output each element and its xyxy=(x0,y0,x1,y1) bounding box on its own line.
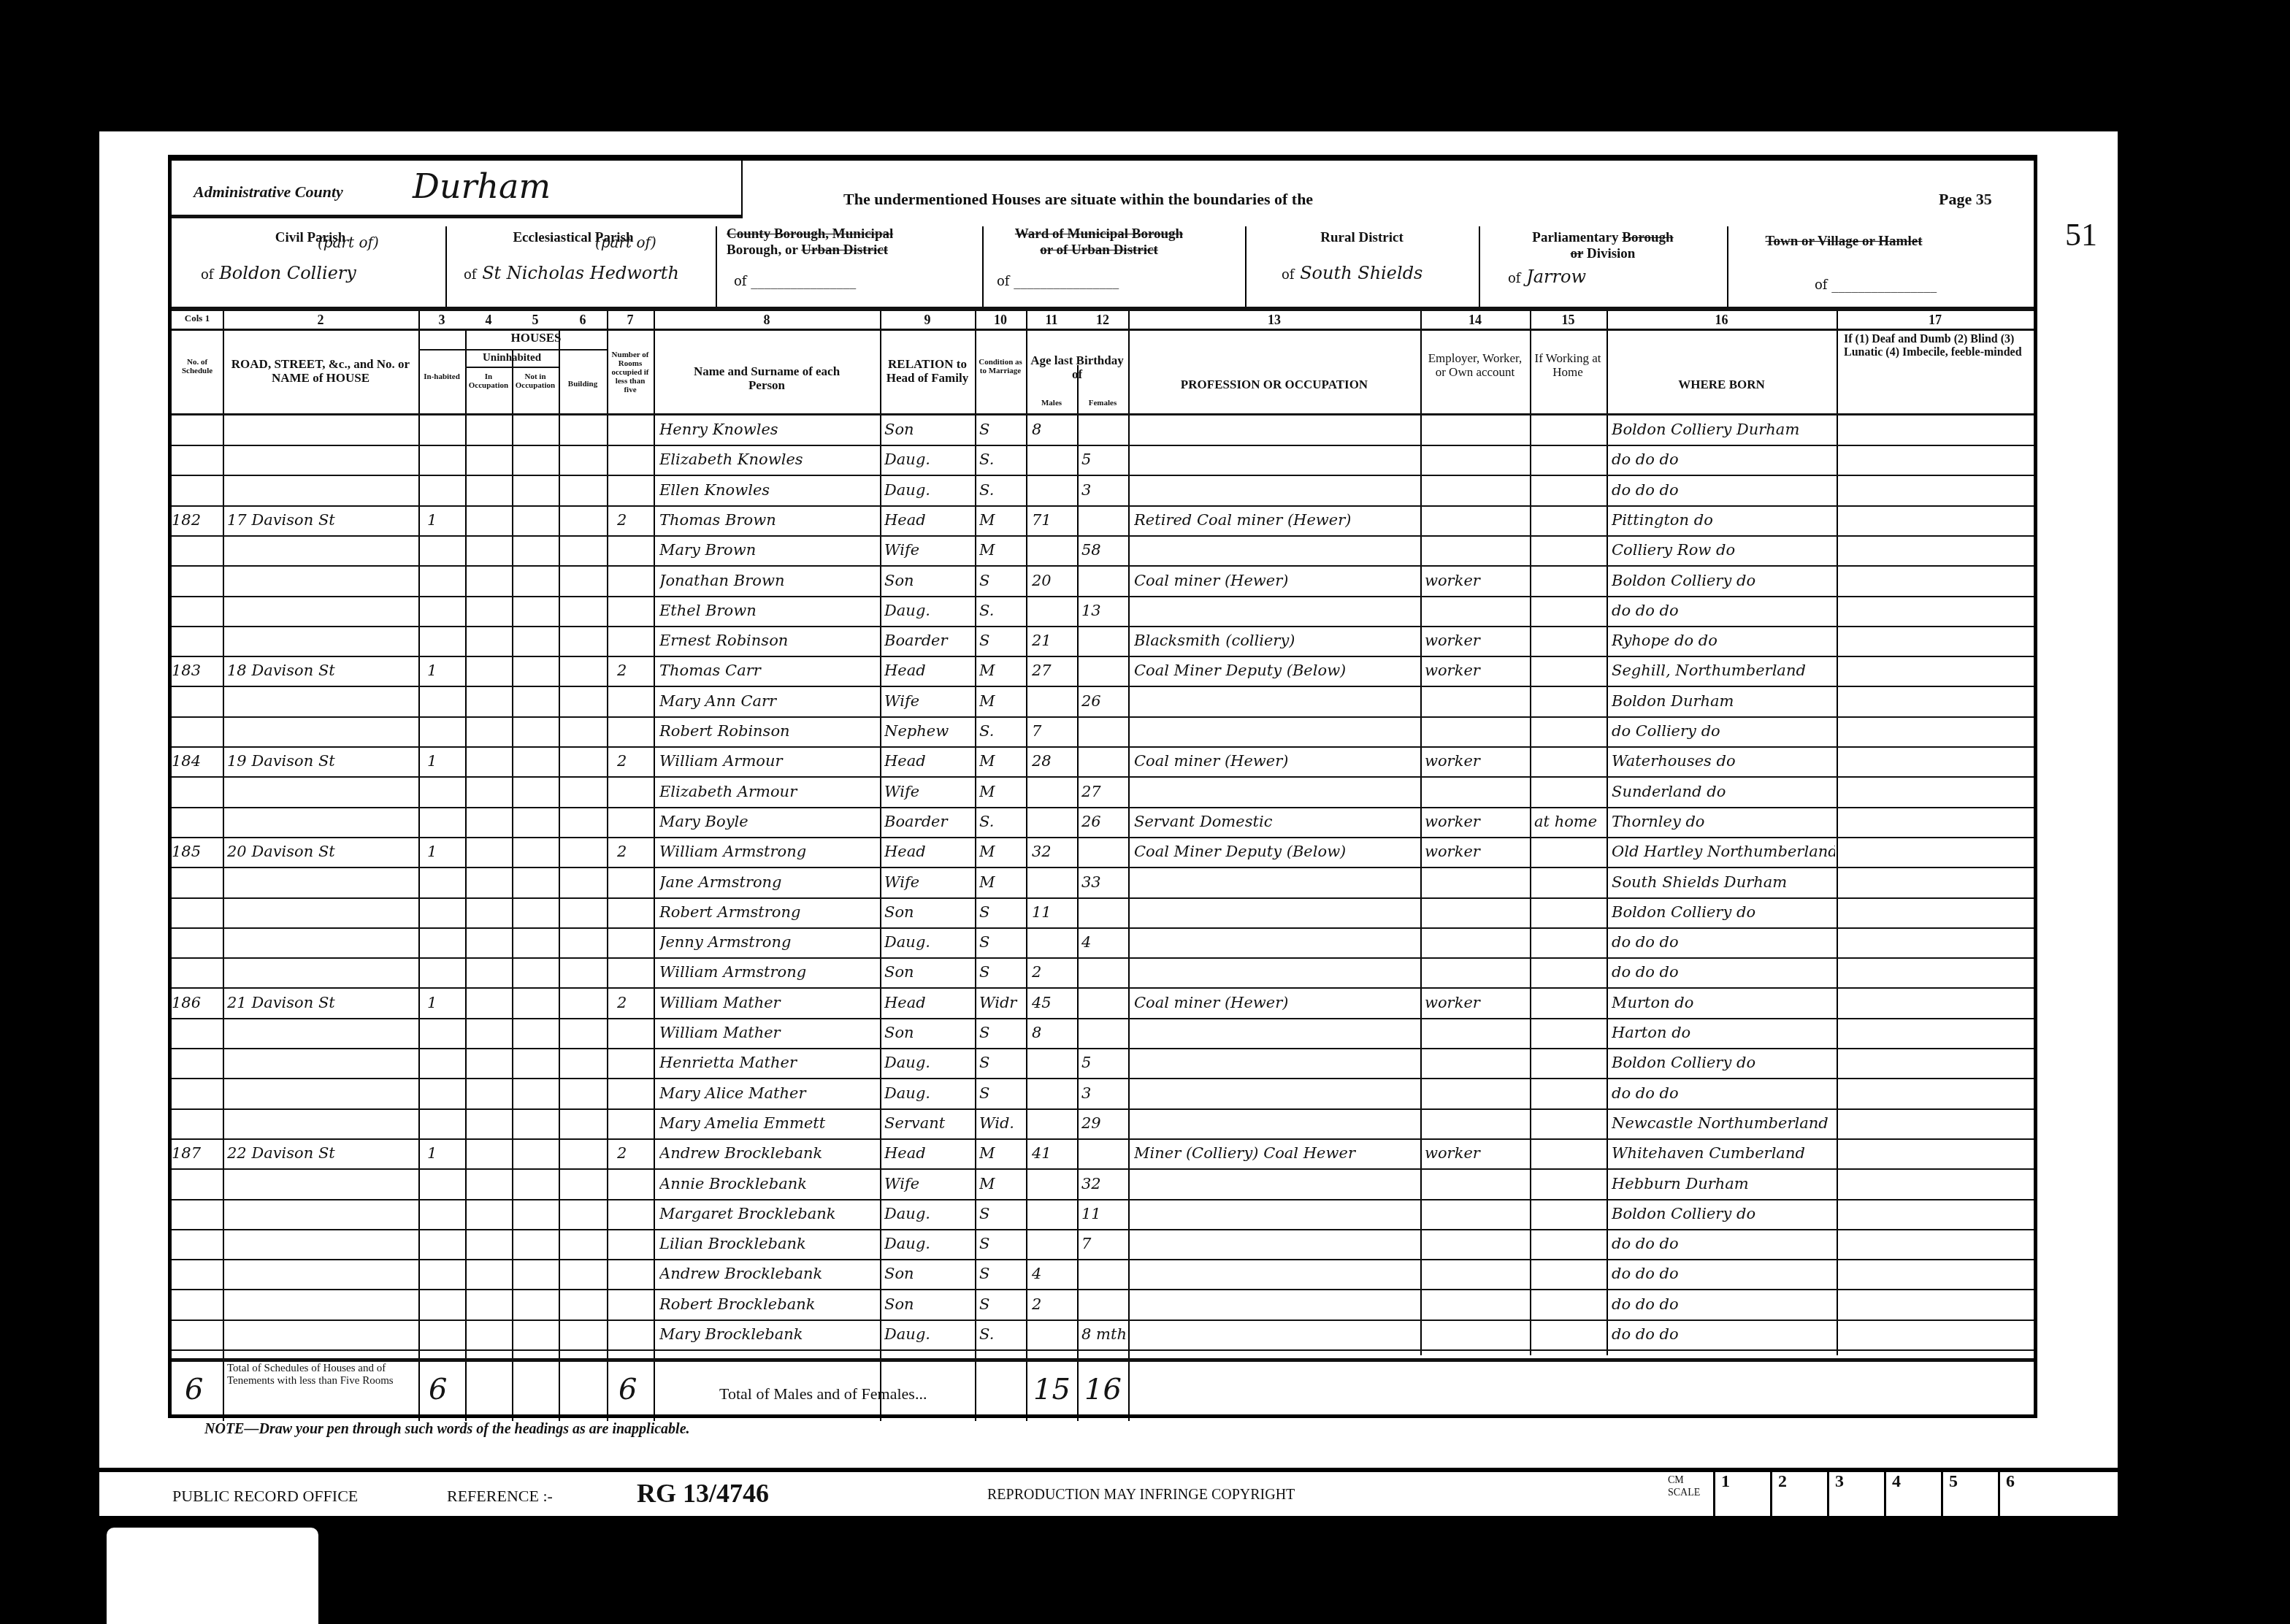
rural-district-value: of South Shields xyxy=(1282,263,1422,283)
where-born-cell: do do do xyxy=(1612,1235,1835,1252)
where-born-cell: do do do xyxy=(1612,933,1835,951)
person-name-cell: Lilian Brocklebank xyxy=(659,1235,878,1252)
census-form: Administrative County Durham The underme… xyxy=(168,155,2037,1418)
table-row: Andrew BrocklebankSonS4do do do xyxy=(172,1260,2034,1290)
female-age-cell: 4 xyxy=(1081,933,1127,951)
col-condition-header: Condition as to Marriage xyxy=(976,358,1025,375)
county-borough-label: County Borough, MunicipalBorough, or Urb… xyxy=(727,226,946,258)
person-name-cell: Thomas Brown xyxy=(659,511,878,529)
person-name-cell: Mary Amelia Emmett xyxy=(659,1114,878,1132)
ward-of: of ________________ xyxy=(997,274,1119,289)
col-occupation-header: PROFESSION OR OCCUPATION xyxy=(1128,378,1420,392)
col-12-number: 12 xyxy=(1077,313,1128,328)
male-age-cell: 41 xyxy=(1032,1144,1076,1162)
person-name-cell: Elizabeth Knowles xyxy=(659,451,878,468)
schedule-number-cell: 185 xyxy=(172,843,223,860)
relation-cell: Daug. xyxy=(884,1084,973,1102)
relation-cell: Head xyxy=(884,843,973,860)
table-row: Jenny ArmstrongDaug.S4do do do xyxy=(172,929,2034,959)
condition-cell: S xyxy=(979,1235,1025,1252)
relation-cell: Wife xyxy=(884,873,973,891)
person-name-cell: Henry Knowles xyxy=(659,421,878,438)
relation-cell: Daug. xyxy=(884,1054,973,1071)
relation-cell: Wife xyxy=(884,1175,973,1192)
condition-cell: S xyxy=(979,1054,1025,1071)
occupation-cell: Miner (Colliery) Coal Hewer xyxy=(1134,1144,1419,1162)
table-row: Annie BrocklebankWifeM32Hebburn Durham xyxy=(172,1171,2034,1200)
relation-cell: Son xyxy=(884,572,973,589)
condition-cell: S xyxy=(979,963,1025,981)
where-born-cell: Pittington do xyxy=(1612,511,1835,529)
occupation-cell: Coal miner (Hewer) xyxy=(1134,572,1419,589)
col-where-born-header: WHERE BORN xyxy=(1607,378,1837,392)
col-5-number: 5 xyxy=(512,313,559,328)
table-row: Elizabeth ArmourWifeM27Sunderland do xyxy=(172,778,2034,808)
condition-cell: S xyxy=(979,1205,1025,1222)
table-row: Mary BrocklebankDaug.S.8 mthsdo do do xyxy=(172,1321,2034,1351)
male-age-cell: 2 xyxy=(1032,963,1076,981)
person-name-cell: Jane Armstrong xyxy=(659,873,878,891)
eccl-parish-label: Ecclesiastical Parish xyxy=(449,230,697,246)
relation-cell: Son xyxy=(884,421,973,438)
occupation-cell: Servant Domestic xyxy=(1134,813,1419,830)
female-age-cell: 7 xyxy=(1081,1235,1127,1252)
town-of: of ________________ xyxy=(1815,277,1937,293)
form-note: NOTE—Draw your pen through such words of… xyxy=(204,1421,690,1438)
male-age-cell: 21 xyxy=(1032,632,1076,649)
where-born-cell: Newcastle Northumberland xyxy=(1612,1114,1835,1132)
occupation-cell: Coal Miner Deputy (Below) xyxy=(1134,843,1419,860)
table-row: Robert BrocklebankSonS2do do do xyxy=(172,1291,2034,1321)
relation-cell: Son xyxy=(884,963,973,981)
occupation-cell: Blacksmith (colliery) xyxy=(1134,632,1419,649)
where-born-cell: Colliery Row do xyxy=(1612,541,1835,559)
houses-header: HOUSES xyxy=(465,332,607,345)
person-name-cell: Mary Boyle xyxy=(659,813,878,830)
person-name-cell: Mary Alice Mather xyxy=(659,1084,878,1102)
inhabited-cell: 1 xyxy=(427,511,464,529)
scale-mark: 4 xyxy=(1884,1472,1941,1516)
female-age-cell: 29 xyxy=(1081,1114,1127,1132)
person-name-cell: Jenny Armstrong xyxy=(659,933,878,951)
female-age-cell: 8 mths xyxy=(1081,1325,1127,1343)
condition-cell: S xyxy=(979,933,1025,951)
ward-label: Ward of Municipal Boroughor of Urban Dis… xyxy=(989,226,1209,258)
relation-cell: Son xyxy=(884,1295,973,1313)
where-born-cell: do do do xyxy=(1612,963,1835,981)
civil-parish-note: (part of) xyxy=(318,234,379,251)
rooms-cell: 2 xyxy=(617,511,654,529)
col-15-number: 15 xyxy=(1530,313,1607,328)
relation-cell: Head xyxy=(884,752,973,770)
relation-cell: Servant xyxy=(884,1114,973,1132)
eccl-parish-value: of St Nicholas Hedworth xyxy=(464,263,679,283)
where-born-cell: Waterhouses do xyxy=(1612,752,1835,770)
table-row: Henrietta MatherDaug.S5Boldon Colliery d… xyxy=(172,1049,2034,1079)
where-born-cell: do do do xyxy=(1612,1265,1835,1282)
col-8-number: 8 xyxy=(654,313,880,328)
male-age-cell: 8 xyxy=(1032,421,1076,438)
condition-cell: M xyxy=(979,752,1025,770)
col-16-number: 16 xyxy=(1607,313,1837,328)
relation-cell: Wife xyxy=(884,783,973,800)
female-age-cell: 13 xyxy=(1081,602,1127,619)
uninhabited-header: Uninhabited xyxy=(465,352,559,364)
col-14-number: 14 xyxy=(1420,313,1530,328)
condition-cell: S. xyxy=(979,1325,1025,1343)
condition-cell: M xyxy=(979,692,1025,710)
total-persons-label: Total of Males and of Females... xyxy=(719,1384,927,1403)
condition-cell: S xyxy=(979,1295,1025,1313)
condition-cell: M xyxy=(979,541,1025,559)
col-schedule-header: No. of Schedule xyxy=(173,358,221,375)
table-row: Margaret BrocklebankDaug.S11Boldon Colli… xyxy=(172,1200,2034,1230)
condition-cell: S xyxy=(979,572,1025,589)
col-infirmity-header: If (1) Deaf and Dumb (2) Blind (3) Lunat… xyxy=(1844,333,2026,359)
person-name-cell: Ellen Knowles xyxy=(659,481,878,499)
relation-cell: Daug. xyxy=(884,602,973,619)
male-age-cell: 4 xyxy=(1032,1265,1076,1282)
relation-cell: Son xyxy=(884,1265,973,1282)
condition-cell: S. xyxy=(979,451,1025,468)
rooms-cell: 2 xyxy=(617,843,654,860)
male-age-cell: 7 xyxy=(1032,722,1076,740)
relation-cell: Son xyxy=(884,903,973,921)
relation-cell: Head xyxy=(884,511,973,529)
where-born-cell: Harton do xyxy=(1612,1024,1835,1041)
person-name-cell: William Armstrong xyxy=(659,843,878,860)
address-cell: 20 Davison St xyxy=(227,843,417,860)
where-born-cell: Ryhope do do xyxy=(1612,632,1835,649)
male-age-cell: 71 xyxy=(1032,511,1076,529)
relation-cell: Daug. xyxy=(884,1205,973,1222)
employment-cell: worker xyxy=(1425,572,1528,589)
col-inhabited-header: In-habited xyxy=(420,372,464,381)
scale-mark: 3 xyxy=(1827,1472,1884,1516)
condition-cell: M xyxy=(979,783,1025,800)
relation-cell: Head xyxy=(884,662,973,679)
town-label: Town or Village or Hamlet xyxy=(1734,234,1953,250)
table-row: Robert RobinsonNephewS.7do Colliery do xyxy=(172,718,2034,748)
condition-cell: Widr xyxy=(979,994,1025,1011)
folio-number: 51 xyxy=(2065,216,2097,253)
employment-cell: worker xyxy=(1425,813,1528,830)
admin-county-label: Administrative County xyxy=(194,183,343,202)
condition-cell: S. xyxy=(979,481,1025,499)
col-age-header: Age last Birthday of xyxy=(1027,354,1127,381)
admin-county-value: Durham xyxy=(413,166,551,206)
employment-cell: worker xyxy=(1425,843,1528,860)
where-born-cell: Hebburn Durham xyxy=(1612,1175,1835,1192)
page-number: Page 35 xyxy=(1939,190,1992,209)
person-name-cell: Robert Robinson xyxy=(659,722,878,740)
table-row: 18520 Davison St12William ArmstrongHeadM… xyxy=(172,838,2034,868)
where-born-cell: Boldon Colliery Durham xyxy=(1612,421,1835,438)
table-row: 18722 Davison St12Andrew BrocklebankHead… xyxy=(172,1140,2034,1170)
col-17-number: 17 xyxy=(1837,313,2034,328)
parl-division-label: Parliamentary Boroughor Division xyxy=(1486,230,1720,262)
male-age-cell: 20 xyxy=(1032,572,1076,589)
inhabited-cell: 1 xyxy=(427,1144,464,1162)
address-cell: 18 Davison St xyxy=(227,662,417,679)
relation-cell: Boarder xyxy=(884,813,973,830)
schedule-number-cell: 187 xyxy=(172,1144,223,1162)
employment-cell: worker xyxy=(1425,994,1528,1011)
occupation-cell: Coal miner (Hewer) xyxy=(1134,994,1419,1011)
female-age-cell: 11 xyxy=(1081,1205,1127,1222)
where-born-cell: do do do xyxy=(1612,1295,1835,1313)
archive-footer: PUBLIC RECORD OFFICE REFERENCE :- RG 13/… xyxy=(99,1468,2118,1520)
inhabited-cell: 1 xyxy=(427,752,464,770)
at-home-cell: at home xyxy=(1534,813,1606,830)
male-age-cell: 8 xyxy=(1032,1024,1076,1041)
condition-cell: M xyxy=(979,1175,1025,1192)
table-row: Mary Amelia EmmettServantWid.29Newcastle… xyxy=(172,1110,2034,1140)
rooms-cell: 2 xyxy=(617,752,654,770)
female-age-cell: 5 xyxy=(1081,1054,1127,1071)
scale-mark: 5 xyxy=(1941,1472,1998,1516)
female-age-cell: 26 xyxy=(1081,692,1127,710)
person-name-cell: William Mather xyxy=(659,994,878,1011)
scale-mark: 6 xyxy=(1998,1472,2055,1516)
col-name-header: Name and Surname of each Person xyxy=(683,365,851,392)
inhabited-cell: 1 xyxy=(427,994,464,1011)
table-row: 18318 Davison St12Thomas CarrHeadM27Coal… xyxy=(172,657,2034,687)
person-name-cell: Mary Brown xyxy=(659,541,878,559)
col-not-in-occupation-header: Not in Occupation xyxy=(513,372,557,390)
condition-cell: Wid. xyxy=(979,1114,1025,1132)
address-cell: 21 Davison St xyxy=(227,994,417,1011)
where-born-cell: do do do xyxy=(1612,602,1835,619)
person-name-cell: William Armstrong xyxy=(659,963,878,981)
female-age-cell: 3 xyxy=(1081,1084,1127,1102)
table-row: 18217 Davison St12Thomas BrownHeadM71Ret… xyxy=(172,507,2034,537)
total-schedules: 6 xyxy=(185,1373,203,1406)
person-name-cell: Mary Brocklebank xyxy=(659,1325,878,1343)
condition-cell: S. xyxy=(979,722,1025,740)
person-name-cell: Margaret Brocklebank xyxy=(659,1205,878,1222)
where-born-cell: do do do xyxy=(1612,481,1835,499)
condition-cell: S xyxy=(979,632,1025,649)
rooms-cell: 2 xyxy=(617,662,654,679)
condition-cell: S xyxy=(979,1265,1025,1282)
person-name-cell: Andrew Brocklebank xyxy=(659,1265,878,1282)
inhabited-cell: 1 xyxy=(427,843,464,860)
total-females: 16 xyxy=(1084,1373,1122,1406)
col-address-header: ROAD, STREET, &c., and No. or NAME of HO… xyxy=(226,358,416,385)
reference-value: RG 13/4746 xyxy=(637,1478,769,1509)
condition-cell: M xyxy=(979,873,1025,891)
where-born-cell: do do do xyxy=(1612,451,1835,468)
col-in-occupation-header: In Occupation xyxy=(467,372,510,390)
female-age-cell: 5 xyxy=(1081,451,1127,468)
condition-cell: M xyxy=(979,511,1025,529)
table-row: 18419 Davison St12William ArmourHeadM28C… xyxy=(172,748,2034,778)
relation-cell: Nephew xyxy=(884,722,973,740)
person-name-cell: Robert Brocklebank xyxy=(659,1295,878,1313)
person-name-cell: Andrew Brocklebank xyxy=(659,1144,878,1162)
col-9-number: 9 xyxy=(880,313,975,328)
where-born-cell: Sunderland do xyxy=(1612,783,1835,800)
male-age-cell: 28 xyxy=(1032,752,1076,770)
col-3-number: 3 xyxy=(418,313,465,328)
eccl-parish-note: (part of) xyxy=(595,234,656,251)
relation-cell: Daug. xyxy=(884,1235,973,1252)
table-row: Mary Alice MatherDaug.S3do do do xyxy=(172,1080,2034,1110)
total-schedules-label: Total of Schedules of Houses and of Tene… xyxy=(227,1363,417,1388)
relation-cell: Wife xyxy=(884,541,973,559)
occupation-cell: Coal miner (Hewer) xyxy=(1134,752,1419,770)
table-row: Jonathan BrownSonS20Coal miner (Hewer)wo… xyxy=(172,567,2034,597)
intro-text: The undermentioned Houses are situate wi… xyxy=(843,190,1313,209)
table-row: William MatherSonS8Harton do xyxy=(172,1019,2034,1049)
where-born-cell: Boldon Colliery do xyxy=(1612,1205,1835,1222)
person-name-cell: Elizabeth Armour xyxy=(659,783,878,800)
reference-label: REFERENCE :- xyxy=(447,1487,553,1506)
condition-cell: S xyxy=(979,1024,1025,1041)
where-born-cell: Boldon Durham xyxy=(1612,692,1835,710)
scale-mark: 1 xyxy=(1713,1472,1770,1516)
person-name-cell: Thomas Carr xyxy=(659,662,878,679)
census-rows: Henry KnowlesSonS8Boldon Colliery Durham… xyxy=(172,416,2034,1366)
table-row: Jane ArmstrongWifeM33South Shields Durha… xyxy=(172,869,2034,899)
where-born-cell: do do do xyxy=(1612,1084,1835,1102)
col-males-header: Males xyxy=(1027,399,1076,407)
total-males: 15 xyxy=(1033,1373,1071,1406)
scale-mark: 2 xyxy=(1770,1472,1827,1516)
civil-parish-label: Civil Parish xyxy=(186,230,434,246)
female-age-cell: 27 xyxy=(1081,783,1127,800)
schedule-number-cell: 184 xyxy=(172,752,223,770)
col-10-number: 10 xyxy=(975,313,1026,328)
cm-scale-label: CM SCALE xyxy=(1668,1475,1697,1500)
table-row: Lilian BrocklebankDaug.S7do do do xyxy=(172,1230,2034,1260)
relation-cell: Daug. xyxy=(884,451,973,468)
col-1-number: Cols 1 xyxy=(172,313,223,324)
condition-cell: M xyxy=(979,1144,1025,1162)
person-name-cell: Jonathan Brown xyxy=(659,572,878,589)
condition-cell: M xyxy=(979,843,1025,860)
person-name-cell: Henrietta Mather xyxy=(659,1054,878,1071)
condition-cell: S xyxy=(979,421,1025,438)
table-row: Ernest RobinsonBoarderS21Blacksmith (col… xyxy=(172,627,2034,657)
address-cell: 19 Davison St xyxy=(227,752,417,770)
col-females-header: Females xyxy=(1079,399,1127,407)
table-row: Mary BoyleBoarderS.26Servant Domesticwor… xyxy=(172,808,2034,838)
where-born-cell: Whitehaven Cumberland xyxy=(1612,1144,1835,1162)
where-born-cell: Old Hartley Northumberland xyxy=(1612,843,1835,860)
table-row: William ArmstrongSonS2do do do xyxy=(172,959,2034,989)
rooms-cell: 2 xyxy=(617,1144,654,1162)
total-rooms: 6 xyxy=(619,1373,637,1406)
where-born-cell: Seghill, Northumberland xyxy=(1612,662,1835,679)
table-row: Henry KnowlesSonS8Boldon Colliery Durham xyxy=(172,416,2034,446)
relation-cell: Wife xyxy=(884,692,973,710)
male-age-cell: 27 xyxy=(1032,662,1076,679)
table-row: Ethel BrownDaug.S.13do do do xyxy=(172,597,2034,627)
civil-parish-value: of Boldon Colliery xyxy=(201,263,356,283)
employment-cell: worker xyxy=(1425,632,1528,649)
parl-division-value: of Jarrow xyxy=(1508,267,1586,287)
employment-cell: worker xyxy=(1425,662,1528,679)
table-row: Mary BrownWifeM58Colliery Row do xyxy=(172,537,2034,567)
total-inhabited: 6 xyxy=(429,1373,447,1406)
relation-cell: Son xyxy=(884,1024,973,1041)
where-born-cell: Boldon Colliery do xyxy=(1612,572,1835,589)
where-born-cell: do do do xyxy=(1612,1325,1835,1343)
col-2-number: 2 xyxy=(223,313,418,328)
relation-cell: Daug. xyxy=(884,1325,973,1343)
schedule-number-cell: 183 xyxy=(172,662,223,679)
col-4-number: 4 xyxy=(465,313,512,328)
rural-district-label: Rural District xyxy=(1252,230,1471,246)
where-born-cell: South Shields Durham xyxy=(1612,873,1835,891)
employment-cell: worker xyxy=(1425,752,1528,770)
where-born-cell: Murton do xyxy=(1612,994,1835,1011)
office-label: PUBLIC RECORD OFFICE xyxy=(172,1487,358,1506)
col-at-home-header: If Working at Home xyxy=(1531,352,1604,379)
person-name-cell: William Mather xyxy=(659,1024,878,1041)
col-7-number: 7 xyxy=(607,313,654,328)
female-age-cell: 3 xyxy=(1081,481,1127,499)
copyright-notice: REPRODUCTION MAY INFRINGE COPYRIGHT xyxy=(987,1487,1295,1504)
relation-cell: Head xyxy=(884,994,973,1011)
address-cell: 22 Davison St xyxy=(227,1144,417,1162)
condition-cell: S. xyxy=(979,813,1025,830)
condition-cell: M xyxy=(979,662,1025,679)
inhabited-cell: 1 xyxy=(427,662,464,679)
col-employer-header: Employer, Worker, or Own account xyxy=(1422,352,1528,379)
female-age-cell: 33 xyxy=(1081,873,1127,891)
female-age-cell: 26 xyxy=(1081,813,1127,830)
relation-cell: Head xyxy=(884,1144,973,1162)
paper-tab xyxy=(107,1528,318,1624)
condition-cell: S. xyxy=(979,602,1025,619)
schedule-number-cell: 186 xyxy=(172,994,223,1011)
relation-cell: Boarder xyxy=(884,632,973,649)
person-name-cell: Mary Ann Carr xyxy=(659,692,878,710)
rooms-cell: 2 xyxy=(617,994,654,1011)
relation-cell: Daug. xyxy=(884,933,973,951)
table-row: Ellen KnowlesDaug.S.3do do do xyxy=(172,477,2034,507)
where-born-cell: Thornley do xyxy=(1612,813,1835,830)
employment-cell: worker xyxy=(1425,1144,1528,1162)
occupation-cell: Coal Miner Deputy (Below) xyxy=(1134,662,1419,679)
schedule-number-cell: 182 xyxy=(172,511,223,529)
female-age-cell: 32 xyxy=(1081,1175,1127,1192)
col-rooms-header: Number of Rooms occupied if less than fi… xyxy=(608,351,652,394)
person-name-cell: Ernest Robinson xyxy=(659,632,878,649)
relation-cell: Daug. xyxy=(884,481,973,499)
col-13-number: 13 xyxy=(1128,313,1420,328)
col-building-header: Building xyxy=(560,380,605,388)
male-age-cell: 32 xyxy=(1032,843,1076,860)
where-born-cell: do Colliery do xyxy=(1612,722,1835,740)
person-name-cell: William Armour xyxy=(659,752,878,770)
col-11-number: 11 xyxy=(1026,313,1077,328)
address-cell: 17 Davison St xyxy=(227,511,417,529)
col-6-number: 6 xyxy=(559,313,607,328)
person-name-cell: Robert Armstrong xyxy=(659,903,878,921)
condition-cell: S xyxy=(979,1084,1025,1102)
occupation-cell: Retired Coal miner (Hewer) xyxy=(1134,511,1419,529)
male-age-cell: 11 xyxy=(1032,903,1076,921)
male-age-cell: 45 xyxy=(1032,994,1076,1011)
where-born-cell: Boldon Colliery do xyxy=(1612,903,1835,921)
table-row: Mary Ann CarrWifeM26Boldon Durham xyxy=(172,688,2034,718)
col-relation-header: RELATION to Head of Family xyxy=(881,358,973,385)
person-name-cell: Ethel Brown xyxy=(659,602,878,619)
